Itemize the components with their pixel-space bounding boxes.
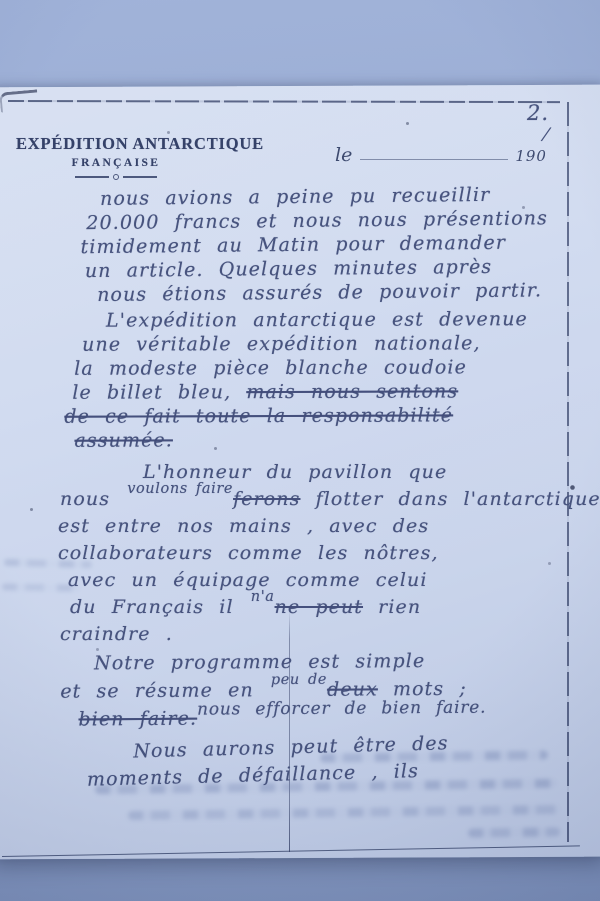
handwritten-text: la modeste pièce blanche coudoie: [74, 356, 467, 379]
strikethrough-text: mais nous sentons: [246, 380, 458, 403]
paragraph: L'expédition antarctique est devenueune …: [0, 307, 600, 453]
paragraph: Notre programme est simpleet se résume e…: [0, 646, 600, 734]
manuscript-line: collaborateurs comme les nôtres,: [0, 540, 600, 567]
handwritten-text: du Français il: [70, 596, 249, 618]
strikethrough-text: bien faire.: [78, 708, 197, 731]
handwritten-text: L'expédition antarctique est devenue: [106, 308, 528, 331]
strikethrough-text: ne peut: [275, 596, 363, 618]
handwritten-text: une véritable expédition nationale,: [82, 332, 481, 355]
manuscript-line: craindre .: [0, 621, 600, 648]
handwritten-text: est entre nos mains , avec des: [58, 515, 429, 537]
manuscript-body: nous avions a peine pu recueillir20.000 …: [0, 0, 600, 901]
handwritten-text: nous étions assurés de pouvoir partir.: [97, 279, 542, 306]
handwritten-text: un article. Quelques minutes après: [85, 256, 493, 282]
paragraph: L'honneur du pavillon quenous voulons fa…: [0, 459, 600, 648]
handwritten-text: craindre .: [60, 623, 173, 645]
manuscript-line: L'expédition antarctique est devenue: [0, 307, 600, 333]
strikethrough-text: ferons: [233, 488, 300, 510]
inserted-correction-text: n'a: [251, 584, 275, 611]
handwritten-text: moments de défaillance , ils: [87, 760, 419, 791]
photo-of-manuscript: { "photo": { "backdrop_color": "#8ca1cd"…: [0, 0, 600, 901]
handwritten-text: flotter dans l'antarctique: [300, 488, 600, 510]
strikethrough-text: assumée.: [74, 429, 172, 451]
handwritten-text: avec un équipage comme celui: [68, 569, 428, 591]
handwritten-text: nous: [60, 488, 125, 510]
handwritten-text: Notre programme est simple: [94, 650, 425, 674]
handwritten-text: nous avions a peine pu recueillir: [100, 184, 490, 210]
handwritten-text: rien: [363, 596, 421, 618]
manuscript-line: avec un équipage comme celui: [0, 567, 600, 594]
manuscript-line: est entre nos mains , avec des: [0, 513, 600, 540]
manuscript-line: nous voulons faireferons flotter dans l'…: [0, 486, 600, 513]
paragraph: Nous aurons peut être desmoments de défa…: [0, 726, 600, 796]
manuscript-line: la modeste pièce blanche coudoie: [0, 355, 600, 381]
inserted-correction-text: peu de: [271, 666, 327, 694]
handwritten-text: le billet bleu,: [72, 381, 246, 404]
raised-correction-text: nous efforcer de bien faire.: [197, 694, 486, 724]
manuscript-line: le billet bleu, mais nous sentons: [0, 379, 600, 405]
handwritten-text: timidement au Matin pour demander: [81, 232, 507, 258]
manuscript-line: assumée.: [0, 427, 600, 453]
manuscript-line: du Français il n'ane peut rien: [0, 594, 600, 621]
strikethrough-text: de ce fait toute la responsabilité: [64, 404, 453, 427]
handwritten-text: collaborateurs comme les nôtres,: [58, 542, 439, 564]
manuscript-line: une véritable expédition nationale,: [0, 331, 600, 357]
inserted-correction-text: voulons faire: [127, 476, 233, 503]
paragraph: nous avions a peine pu recueillir20.000 …: [0, 182, 600, 308]
manuscript-line: de ce fait toute la responsabilité: [0, 403, 600, 429]
manuscript-line: L'honneur du pavillon que: [0, 459, 600, 486]
